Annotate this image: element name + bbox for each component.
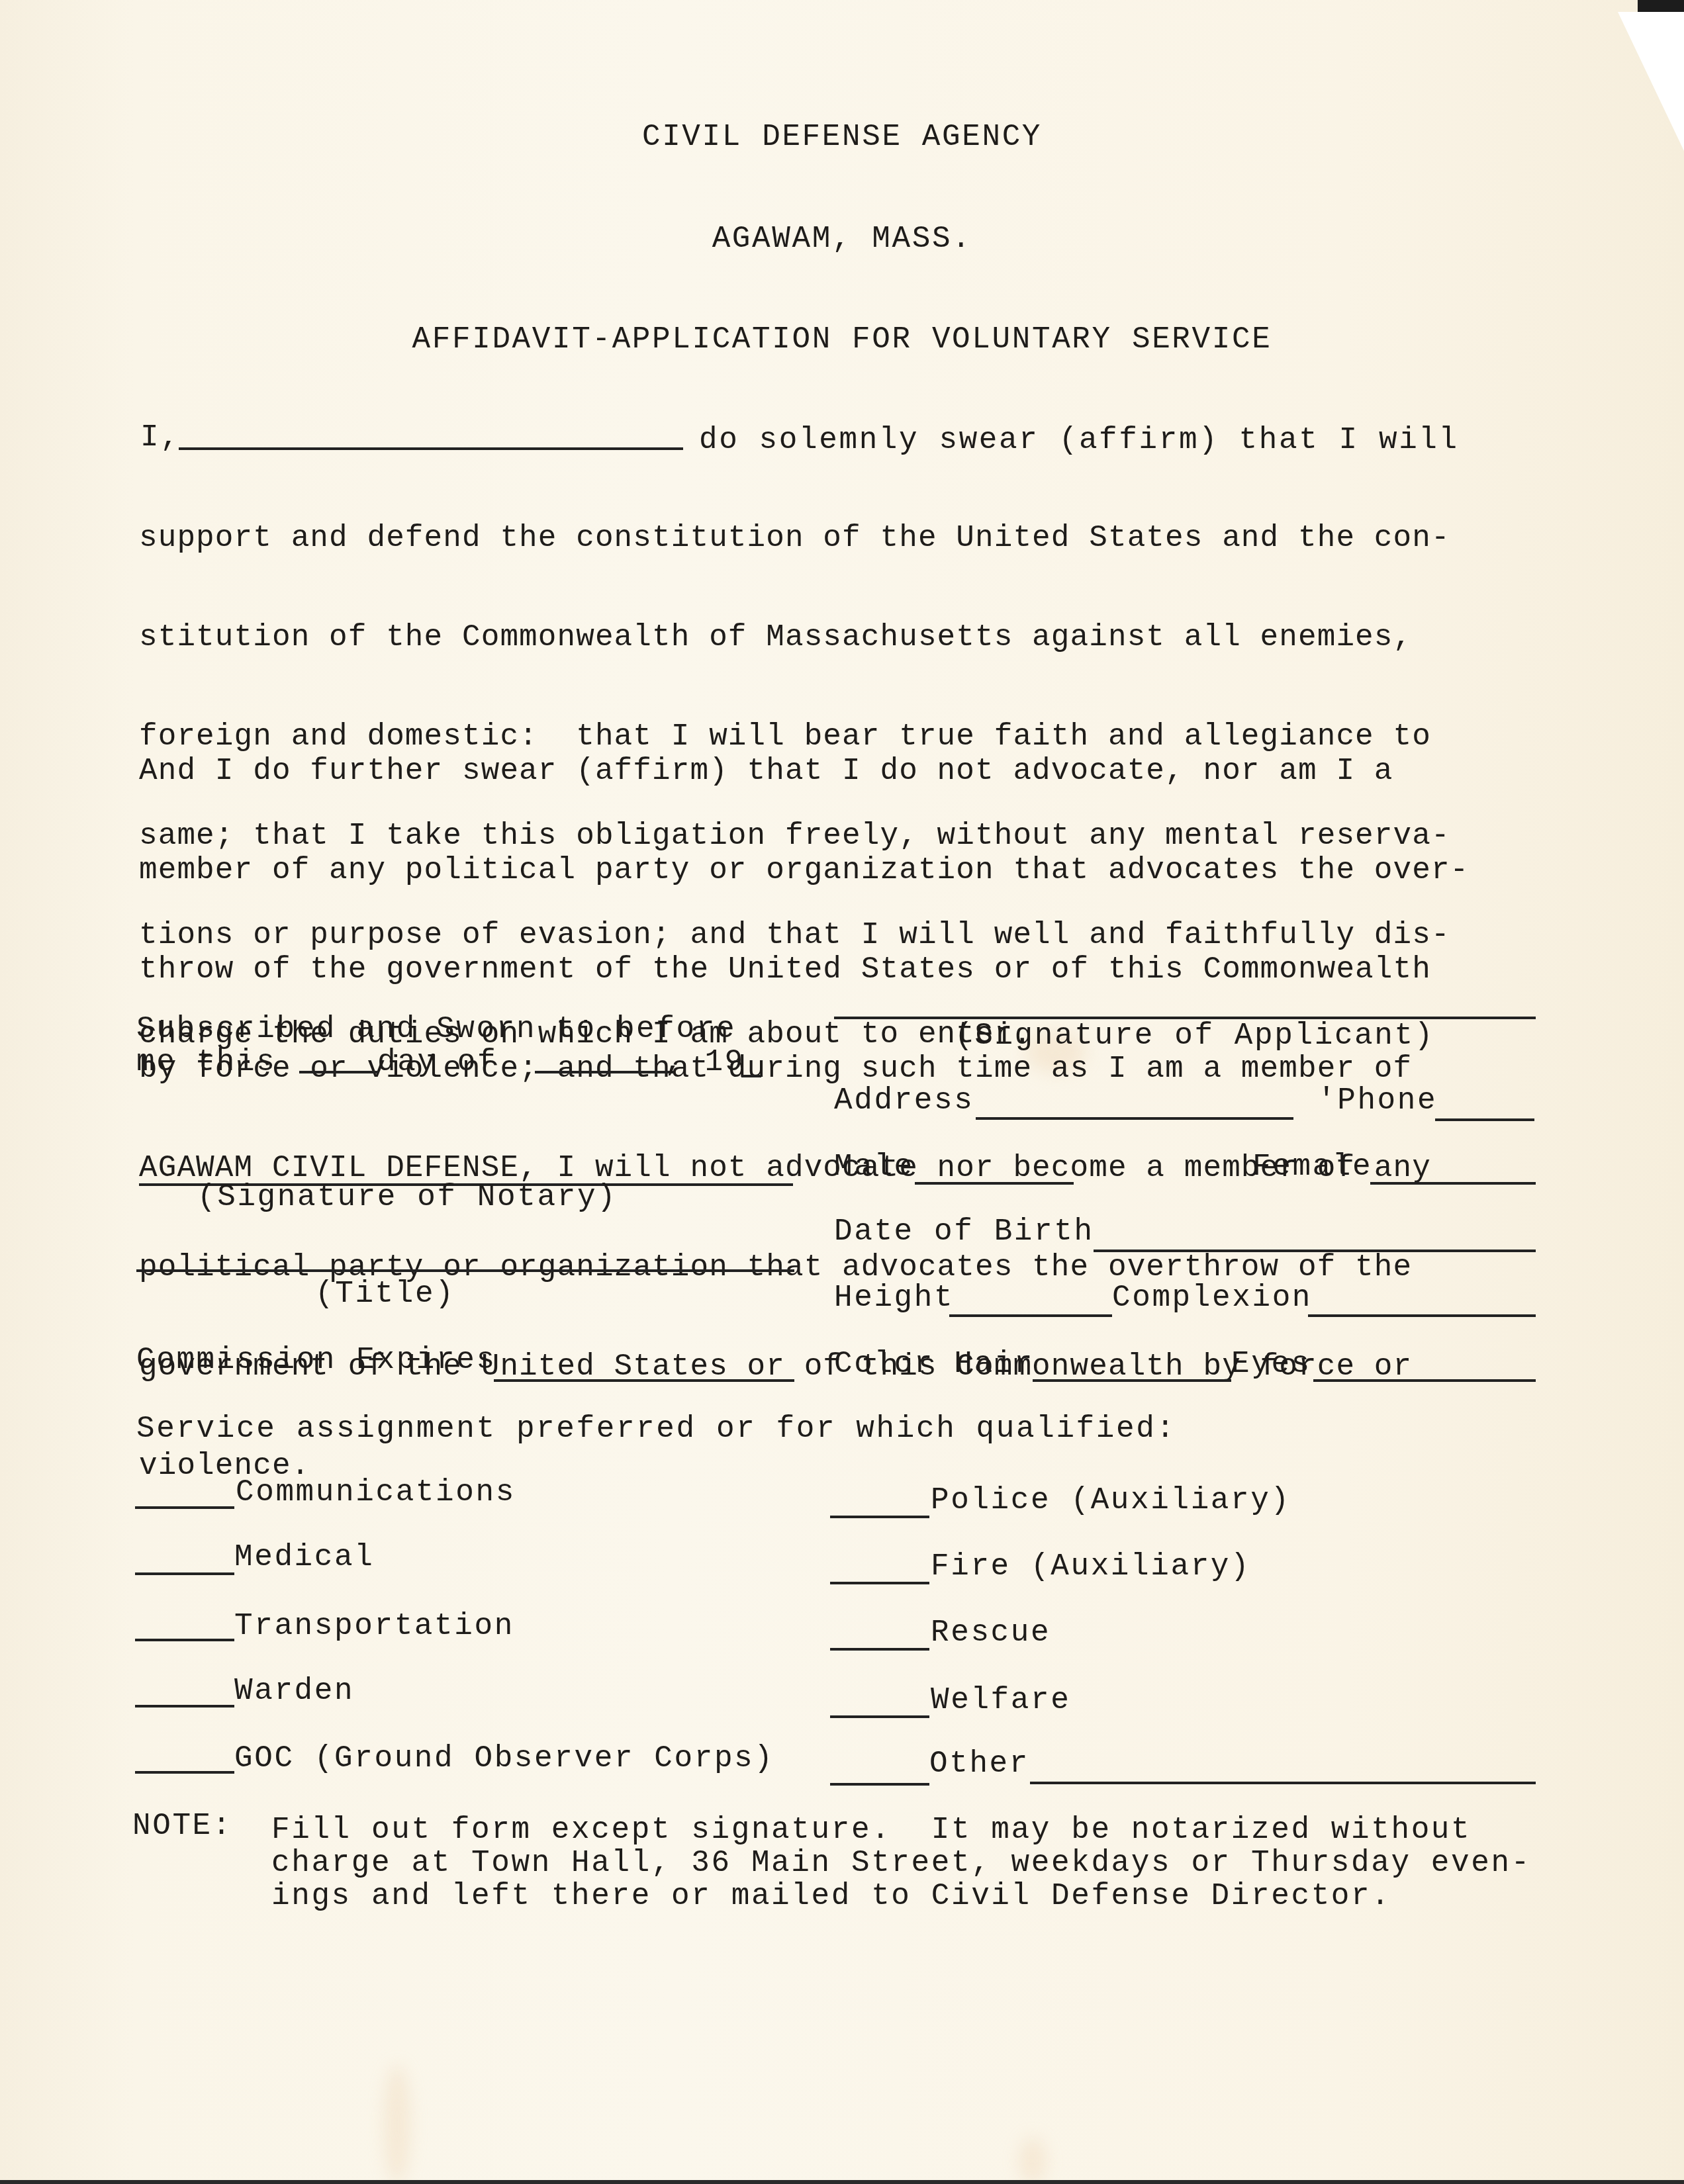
location-heading: AGAWAM, MASS. [0, 222, 1684, 255]
rescue-checkbox[interactable] [830, 1648, 929, 1651]
notary-title-label: (Title) [315, 1277, 455, 1310]
male-field[interactable] [915, 1182, 1074, 1185]
notary-signature-label: (Signature of Notary) [197, 1181, 617, 1214]
female-label: Female [1252, 1150, 1372, 1183]
note-line: ings and left there or mailed to Civil D… [271, 1880, 1391, 1913]
further-oath-line: And I do further swear (affirm) that I d… [139, 754, 1529, 788]
notary-month-field[interactable] [535, 1071, 674, 1073]
eyes-field[interactable] [1313, 1379, 1536, 1382]
service-option-other: Other [929, 1747, 1029, 1780]
document-page: CIVIL DEFENSE AGENCY AGAWAM, MASS. AFFID… [0, 0, 1684, 2184]
agency-heading: CIVIL DEFENSE AGENCY [0, 120, 1684, 154]
day-of-text: day of [377, 1046, 497, 1079]
oath-line-1: do solemnly swear (affirm) that I will [699, 424, 1459, 457]
phone-label: 'Phone [1317, 1084, 1437, 1117]
other-checkbox[interactable] [830, 1783, 929, 1786]
welfare-checkbox[interactable] [830, 1715, 929, 1718]
subscribed-text: Subscribed and Sworn to before [136, 1013, 736, 1046]
height-field[interactable] [949, 1314, 1112, 1317]
further-oath-line: member of any political party or organiz… [139, 854, 1529, 887]
oath-line: stitution of the Commonwealth of Massach… [139, 621, 1529, 654]
male-label: Male [834, 1150, 914, 1183]
service-option-medical: Medical [234, 1541, 374, 1574]
note-line: charge at Town Hall, 36 Main Street, wee… [271, 1846, 1531, 1880]
transportation-checkbox[interactable] [135, 1639, 234, 1641]
notary-day-field[interactable] [299, 1071, 379, 1073]
year-prefix-text: , 19 [665, 1046, 745, 1079]
eyes-label: Eyes [1231, 1347, 1311, 1381]
height-label: Height [834, 1281, 954, 1314]
commission-expires-field[interactable] [494, 1379, 794, 1382]
female-field[interactable] [1370, 1182, 1536, 1185]
form-title: AFFIDAVIT-APPLICATION FOR VOLUNTARY SERV… [0, 323, 1684, 356]
service-option-fire: Fire (Auxiliary) [931, 1550, 1250, 1583]
phone-field[interactable] [1435, 1118, 1534, 1121]
service-option-goc: GOC (Ground Observer Corps) [234, 1742, 774, 1775]
note-label: NOTE: [132, 1809, 232, 1843]
service-option-transportation: Transportation [234, 1610, 514, 1643]
oath-line: support and defend the constitution of t… [139, 522, 1529, 555]
address-label: Address [834, 1084, 974, 1117]
service-option-police: Police (Auxiliary) [931, 1484, 1291, 1517]
further-oath-line: throw of the government of the United St… [139, 953, 1529, 986]
color-hair-field[interactable] [1033, 1379, 1231, 1382]
note-line: Fill out form except signature. It may b… [271, 1813, 1471, 1846]
commission-expires-label: Commission Expires [136, 1343, 496, 1377]
further-oath-line: by force or violence; and that during su… [139, 1052, 1529, 1085]
service-option-warden: Warden [234, 1674, 354, 1707]
complexion-label: Complexion [1112, 1281, 1312, 1314]
applicant-name-field[interactable] [179, 447, 683, 450]
applicant-signature-label: (Signature of Applicant) [955, 1019, 1434, 1052]
oath-prefix: I, [140, 421, 180, 454]
goc-checkbox[interactable] [135, 1771, 234, 1774]
police-checkbox[interactable] [830, 1516, 929, 1518]
other-specify-field[interactable] [1030, 1782, 1536, 1784]
address-field[interactable] [976, 1117, 1293, 1120]
communications-checkbox[interactable] [135, 1506, 234, 1509]
service-option-welfare: Welfare [931, 1684, 1070, 1717]
service-option-communications: Communications [236, 1476, 516, 1509]
complexion-field[interactable] [1308, 1314, 1536, 1317]
medical-checkbox[interactable] [135, 1572, 234, 1575]
dob-label: Date of Birth [834, 1215, 1094, 1248]
paper-stain [384, 2065, 410, 2184]
service-heading: Service assignment preferred or for whic… [136, 1412, 1176, 1445]
scan-edge [0, 2180, 1684, 2184]
service-option-rescue: Rescue [931, 1616, 1051, 1649]
notary-title-field[interactable] [136, 1269, 794, 1272]
fire-checkbox[interactable] [830, 1582, 929, 1584]
dob-field[interactable] [1094, 1250, 1536, 1252]
notary-year-field[interactable] [741, 1075, 761, 1077]
color-hair-label: Color Hair [834, 1347, 1034, 1381]
scan-edge [1638, 0, 1684, 12]
me-this-text: me this [136, 1046, 276, 1079]
paper-stain [1019, 2138, 1046, 2184]
warden-checkbox[interactable] [135, 1705, 234, 1707]
